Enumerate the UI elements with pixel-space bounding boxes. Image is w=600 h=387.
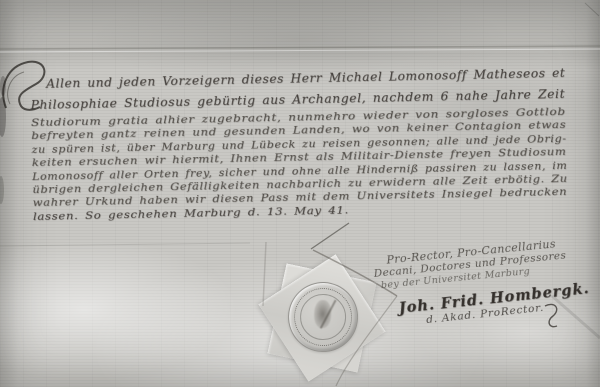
manuscript-body: Allen und jeden Vorzeigern dieses Herr M… bbox=[30, 65, 573, 225]
manuscript-photo: Allen und jeden Vorzeigern dieses Herr M… bbox=[0, 0, 600, 387]
